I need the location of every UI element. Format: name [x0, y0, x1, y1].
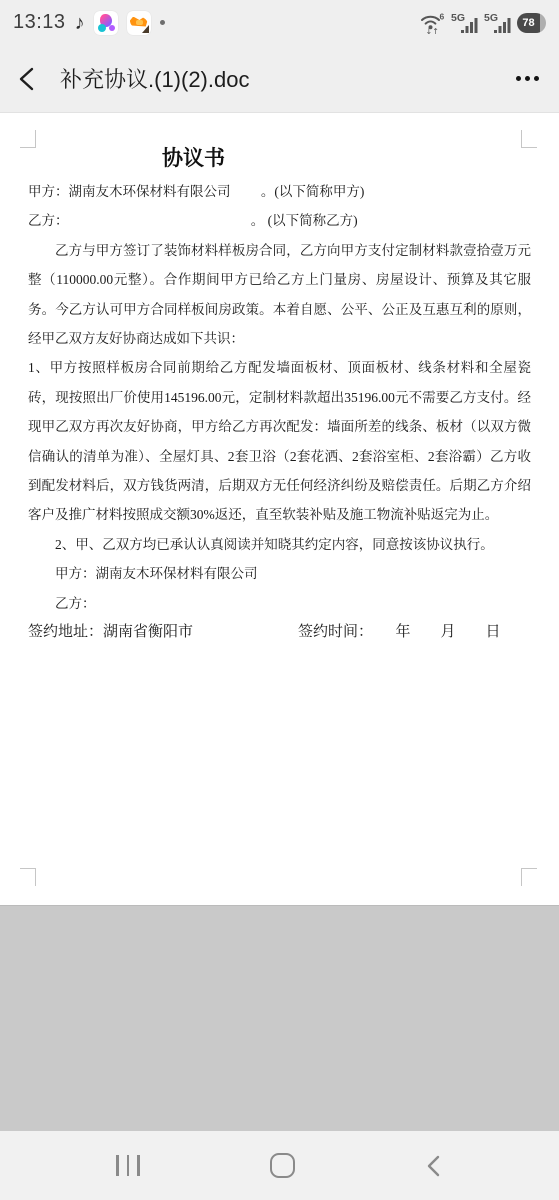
battery-empty-segment	[540, 13, 546, 33]
paragraph-party-a-header: 甲方：湖南友木环保材料有限公司 。(以下简称甲方)	[28, 177, 531, 206]
kwai-purple-dot	[109, 25, 115, 31]
ellipsis-dot	[525, 76, 530, 81]
nav-back-button[interactable]	[419, 1149, 449, 1183]
recents-bar	[127, 1155, 130, 1176]
status-bar-left: 13:13 ♪	[13, 11, 165, 35]
network-5g-label-2: 5G	[484, 12, 498, 24]
document-page[interactable]: 协议书 甲方：湖南友木环保材料有限公司 。(以下简称甲方) 乙方： 。 (以下简…	[0, 113, 559, 905]
notification-dot-icon	[160, 20, 165, 25]
orange-app-icon	[127, 11, 151, 35]
signal-5g-icon: 5G	[451, 11, 478, 35]
wifi-6-icon: 6 ↓↑	[419, 11, 445, 35]
document-filename: 补充协议.(1)(2).doc	[60, 63, 512, 94]
paragraph-clause-1: 1、甲方按照样板房合同前期给乙方配发墙面板材、顶面板材、线条材料和全屋瓷砖，现按…	[28, 353, 531, 529]
paragraph-party-b-header: 乙方： 。 (以下简称乙方)	[28, 206, 531, 235]
android-navigation-bar	[0, 1131, 559, 1200]
status-bar-right: 6 ↓↑ 5G 5G 78	[419, 11, 546, 35]
ellipsis-dot	[516, 76, 521, 81]
paragraph-signing-place-date: 签约地址：湖南省衡阳市 签约时间： 年 月 日	[28, 618, 531, 647]
app-header: 补充协议.(1)(2).doc	[0, 45, 559, 113]
document-title: 协议书	[28, 144, 531, 174]
kwai-icon	[94, 11, 118, 35]
back-button[interactable]	[16, 59, 50, 99]
clock: 13:13	[13, 11, 66, 34]
svg-text:↓↑: ↓↑	[426, 27, 439, 35]
svg-text:6: 6	[440, 11, 445, 21]
recents-button[interactable]	[110, 1149, 146, 1182]
more-options-button[interactable]	[512, 66, 543, 91]
page-end-background[interactable]	[0, 905, 559, 1131]
ellipsis-dot	[534, 76, 539, 81]
battery-icon: 78	[517, 13, 546, 33]
network-5g-label: 5G	[451, 12, 465, 24]
document-body: 协议书 甲方：湖南友木环保材料有限公司 。(以下简称甲方) 乙方： 。 (以下简…	[0, 113, 559, 905]
paragraph-signature-party-a: 甲方：湖南友木环保材料有限公司	[28, 559, 531, 588]
dark-triangle-shape	[142, 25, 149, 33]
battery-percent: 78	[517, 13, 540, 33]
nav-back-chevron-icon	[423, 1153, 445, 1179]
paragraph-clause-2: 2、甲、乙双方均已承认认真阅读并知晓其约定内容，同意按该协议执行。	[28, 530, 531, 559]
recents-bar	[116, 1155, 119, 1176]
kwai-teal-dot	[98, 24, 106, 32]
home-button[interactable]	[270, 1153, 295, 1178]
phone-screen: 13:13 ♪ 6 ↓↑	[0, 0, 559, 1200]
paragraph-signature-party-b: 乙方：	[28, 589, 531, 618]
recents-bar	[137, 1155, 140, 1176]
signal-5g-icon-2: 5G	[484, 11, 511, 35]
back-chevron-icon	[16, 66, 40, 92]
status-bar: 13:13 ♪ 6 ↓↑	[0, 0, 559, 45]
paragraph-preamble: 乙方与甲方签订了装饰材料样板房合同，乙方向甲方支付定制材料款壹拾壹万元整（110…	[28, 236, 531, 354]
tiktok-icon: ♪	[75, 13, 85, 33]
